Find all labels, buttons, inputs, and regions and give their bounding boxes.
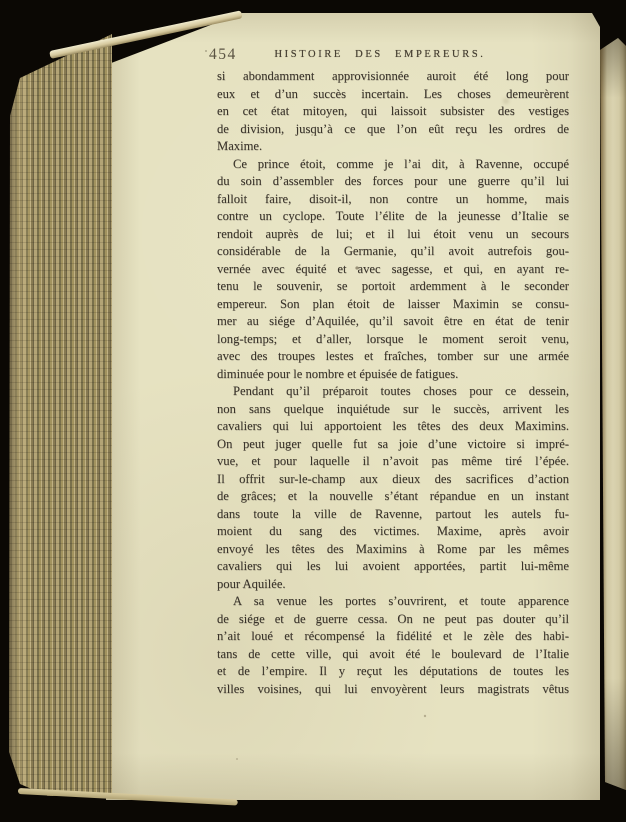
text-line: dans toute la ville de Ravenne, partout …	[217, 506, 569, 524]
text-line: de grâces; et la nouvelle s’étant répand…	[217, 488, 569, 506]
book-fore-edge-stack	[6, 34, 112, 796]
text-line: eux et d’un succès incertain. Les choses…	[217, 86, 569, 104]
text-line: moient du sang des victimes. Maxime, apr…	[217, 523, 569, 541]
text-line: vernée avec équité et avec sagesse, et q…	[217, 261, 569, 279]
text-line: pour Aquilée.	[217, 576, 569, 594]
text-line: falloit faire, disoit-il, non contre un …	[217, 191, 569, 209]
paragraph: A sa venue les portes s’ouvrirent, et to…	[217, 593, 569, 698]
paragraph: Ce prince étoit, comme je l’ai dit, à Ra…	[217, 156, 569, 384]
text-line: rendoit auprès de lui; et il lui étoit v…	[217, 226, 569, 244]
text-line: Maxime.	[217, 138, 569, 156]
text-line: considérable de la Germanie, qu’il avoit…	[217, 243, 569, 261]
text-line: tans de cette ville, qui avoit été le bo…	[217, 646, 569, 664]
paragraph: si abondamment approvisionnée auroit été…	[217, 68, 569, 156]
body-text: si abondamment approvisionnée auroit été…	[217, 68, 569, 716]
book-photo-scene: 454 HISTOIRE DES EMPEREURS. si abondamme…	[0, 0, 626, 822]
text-line: Il offrit sur-le-champ aux dieux des sac…	[217, 471, 569, 489]
running-header: HISTOIRE DES EMPEREURS.	[204, 49, 556, 60]
text-line: Ce prince étoit, comme je l’ai dit, à Ra…	[217, 156, 569, 174]
text-line: On peut juger quelle fut sa joie d’une v…	[217, 436, 569, 454]
text-line: non sans quelque inquiétude sur le succè…	[217, 401, 569, 419]
page-header: 454 HISTOIRE DES EMPEREURS.	[217, 46, 569, 64]
text-line: contre un cyclope. Toute l’élite de la j…	[217, 208, 569, 226]
paper-specks	[106, 13, 108, 15]
text-line: en cet état mitoyen, qui laissoit subsis…	[217, 103, 569, 121]
gutter-shadow	[600, 38, 626, 790]
text-line: et de l’empire. Il y reçut les députatio…	[217, 663, 569, 681]
text-line: long-temps; et d’aller, lorsque le momen…	[217, 331, 569, 349]
text-line: villes voisines, qui lui envoyèrent leur…	[217, 681, 569, 699]
paragraph: Pendant qu’il préparoit toutes choses po…	[217, 383, 569, 593]
text-line: avec des troupes lestes et fraîches, tom…	[217, 348, 569, 366]
text-line: de siége et de guerre cessa. On ne peut …	[217, 611, 569, 629]
text-line: cavaliers qui les lui avoient apportées,…	[217, 558, 569, 576]
text-line: de division, jusqu’à ce que l’on eût reç…	[217, 121, 569, 139]
text-line: A sa venue les portes s’ouvrirent, et to…	[217, 593, 569, 611]
text-line: vue, et pour laquelle il n’avoit pas mêm…	[217, 453, 569, 471]
text-line: tenu le souvenir, se portoit ardemment à…	[217, 278, 569, 296]
text-line: du soin d’assembler des forces pour une …	[217, 173, 569, 191]
text-line: si abondamment approvisionnée auroit été…	[217, 68, 569, 86]
text-line: n’ait loué et récompensé la fidélité et …	[217, 628, 569, 646]
text-line: empereur. Son plan étoit de laisser Maxi…	[217, 296, 569, 314]
book-page: 454 HISTOIRE DES EMPEREURS. si abondamme…	[106, 13, 600, 800]
text-line: envoyé les têtes des Maximins à Rome par…	[217, 541, 569, 559]
text-line: cavaliers qui lui apportoient les têtes …	[217, 418, 569, 436]
text-line: Pendant qu’il préparoit toutes choses po…	[217, 383, 569, 401]
text-line: mer au siége d’Aquilée, qu’il savoit êtr…	[217, 313, 569, 331]
text-line: diminuée pour le nombre et épuisée de fa…	[217, 366, 569, 384]
